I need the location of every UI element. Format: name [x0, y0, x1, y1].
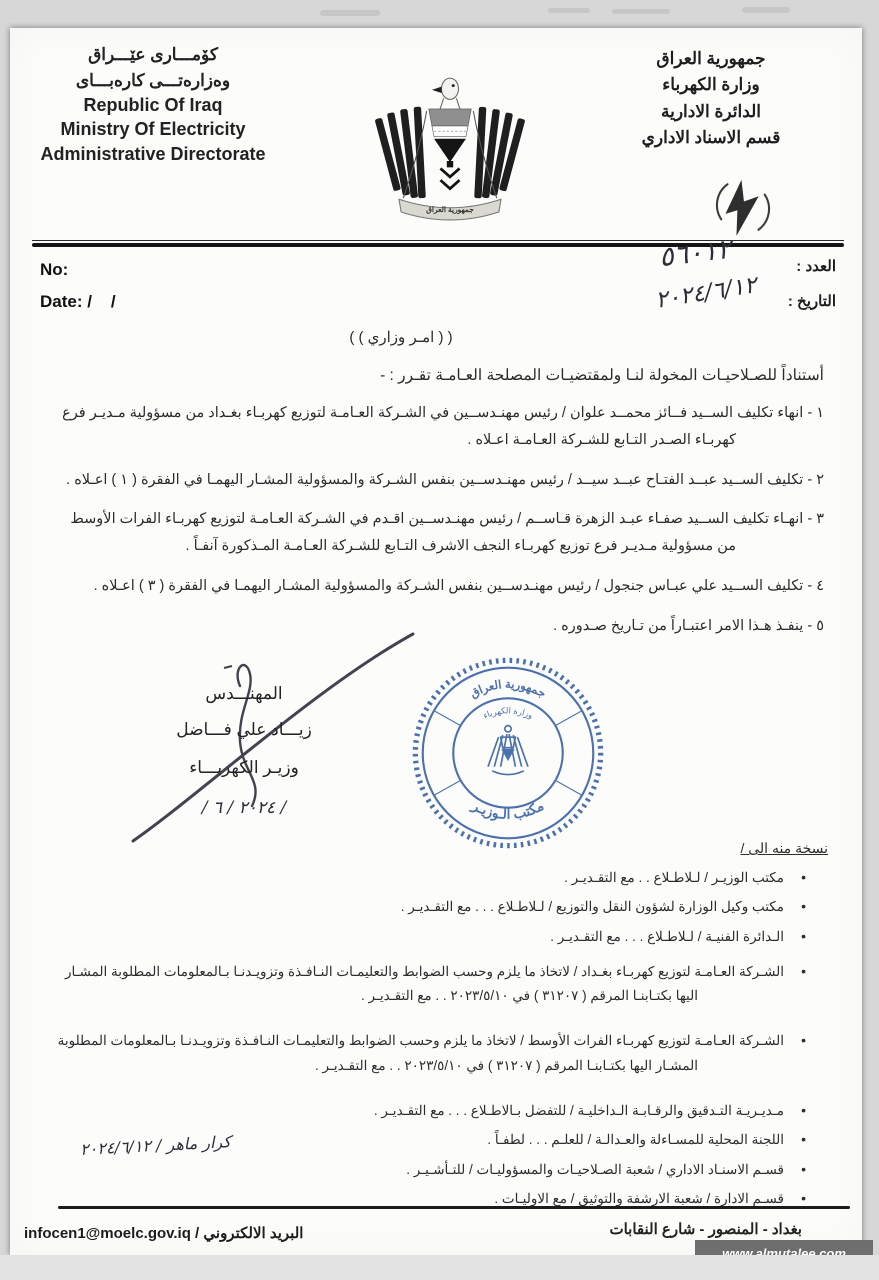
footer-email: infocen1@moelc.gov.iq / البريد الالكترون…	[24, 1224, 303, 1242]
date-slashes: / /	[87, 292, 115, 311]
svg-text:مكتب الـوزيـر: مكتب الـوزيـر	[468, 797, 546, 822]
order-item-1: ١ - انهاء تكليف الســيد فــائز محمــد عل…	[58, 400, 824, 454]
document-page: كۆمـــارى عێـــراق وەزارەتـــى كارەبـــا…	[10, 28, 862, 1255]
order-items: ١ - انهاء تكليف الســيد فــائز محمــد عل…	[58, 400, 824, 653]
no-label: No:	[40, 254, 116, 286]
intro-line: أستناداً للصـلاحيـات المخولة لنـا ولمقتض…	[70, 366, 824, 385]
subject-line: ( ( امـر وزاري ) )	[10, 328, 792, 346]
copies-heading: نسخة منه الى /	[50, 840, 828, 857]
emblem-banner-text: جمهورية العراق	[426, 205, 474, 214]
electricity-lightning-icon	[712, 176, 774, 238]
number-label: العدد :	[788, 250, 836, 285]
signer-position: وزيـر الكهربـــاء	[144, 758, 344, 778]
stamp-text-bottom: مكتب الـوزيـر	[468, 797, 546, 822]
date-label: Date:	[40, 292, 83, 311]
order-item-4: ٤ - تكليف الســيد علي عبـاس جنجول / رئيس…	[58, 573, 824, 600]
signature-text: المهنـــدس زيـــاد علي فـــاضل وزيـر الك…	[144, 684, 344, 818]
signature-block: المهنـــدس زيـــاد علي فـــاضل وزيـر الك…	[128, 626, 428, 876]
copy-item-5: •الشـركة العـامـة لتوزيع كهربـاء الفرات …	[50, 1028, 828, 1078]
footer-address: بغداد - المنصور - شارع النقابات	[609, 1220, 802, 1238]
bullet-icon: •	[784, 1098, 806, 1123]
handwritten-date: ٢٠٢٤/٦/١٢	[654, 272, 759, 314]
date-label-ar: التاريخ :	[788, 285, 836, 320]
bullet-icon: •	[784, 1028, 806, 1053]
screenshot-root: { "colors": { "stamp_blue": "#3a63a8", "…	[0, 0, 879, 1280]
bullet-icon: •	[784, 959, 806, 984]
iraq-eagle-emblem-icon: جمهورية العراق	[365, 70, 535, 235]
bullet-icon: •	[784, 1157, 806, 1182]
arabic-title-line2: وزارة الكهرباء	[586, 72, 836, 98]
svg-text:وزارة الكهرباء: وزارة الكهرباء	[481, 705, 534, 720]
order-item-3: ٣ - انهـاء تكليف الســيد صفـاء عبـد الزه…	[58, 506, 824, 560]
reference-arabic-block: العدد : التاريخ :	[788, 250, 836, 319]
kurdish-title-line2: وەزارەتـــى كارەبـــاى	[28, 68, 278, 94]
minister-office-stamp: جمهورية العراق وزارة الكهرباء مكتب الـوز…	[408, 653, 608, 853]
copy-item-8: •قسـم الاسنـاد الاداري / شعبة الصـلاحيـا…	[50, 1157, 828, 1182]
bottom-band	[0, 1255, 879, 1280]
reference-english-block: No: Date: / /	[40, 254, 116, 319]
copy-item-6: •مـديـريـة التـدقيق والرقـابـة الـداخليـ…	[50, 1098, 828, 1123]
copy-item-2: •مكتب وكيل الوزارة لشؤون النقل والتوزيع …	[50, 894, 828, 919]
header-left-block: كۆمـــارى عێـــراق وەزارەتـــى كارەبـــا…	[28, 42, 278, 166]
stamp-text-line2: وزارة الكهرباء	[481, 705, 534, 720]
bullet-icon: •	[784, 865, 806, 890]
scan-smudge	[742, 7, 790, 13]
arabic-title-line4: قسم الاسناد الاداري	[586, 125, 836, 151]
footer-divider	[58, 1206, 850, 1209]
scan-smudge	[548, 8, 590, 13]
copies-section: نسخة منه الى / •مكتب الوزيـر / لـلاطـلاع…	[50, 840, 828, 1215]
arabic-title-line1: جمهورية العراق	[586, 46, 836, 72]
copy-item-1: •مكتب الوزيـر / لـلاطـلاع . . مع التقـدي…	[50, 865, 828, 890]
copy-item-4: •الشـركة العـامـة لتوزيع كهربـاء بغـداد …	[50, 959, 828, 1009]
stamp-eagle-icon	[488, 726, 528, 775]
signature-date: / ٢٠٢٤ / ٦ /	[144, 798, 344, 818]
scan-smudge	[320, 10, 380, 16]
scan-smudge	[612, 9, 670, 14]
bullet-icon: •	[784, 924, 806, 949]
kurdish-title-line1: كۆمـــارى عێـــراق	[28, 42, 278, 68]
english-title-line1: Republic Of Iraq	[28, 93, 278, 117]
signer-title: المهنـــدس	[144, 684, 344, 704]
copy-item-3: •الـدائرة الفنيـة / لـلاطـلاع . . . مع ا…	[50, 924, 828, 949]
english-title-line2: Ministry Of Electricity	[28, 117, 278, 141]
bullet-icon: •	[784, 894, 806, 919]
header-right-block: جمهورية العراق وزارة الكهرباء الدائرة ال…	[586, 46, 836, 151]
order-item-2: ٢ - تكليف الســيد عبــد الفتـاح عبــد سي…	[58, 467, 824, 494]
arabic-title-line3: الدائرة الادارية	[586, 99, 836, 125]
signer-name: زيـــاد علي فـــاضل	[144, 720, 344, 740]
bullet-icon: •	[784, 1127, 806, 1152]
english-title-line3: Administrative Directorate	[28, 142, 278, 166]
